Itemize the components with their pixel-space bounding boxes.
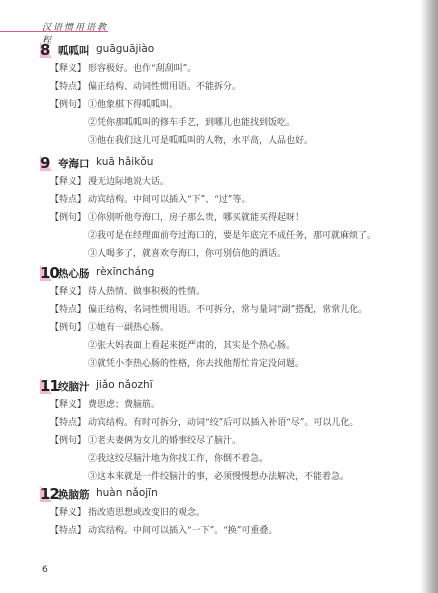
example-label: 【例句】: [50, 209, 86, 227]
entry-number: 9: [40, 154, 49, 172]
example-line: ②凭你那呱呱叫的修车手艺，到哪儿也能找到饭吃。: [0, 114, 400, 132]
entry-12: 12 换脑筋 huàn nǎojīn 【释义】 指改造思想或改变旧的观念。 【特…: [0, 486, 400, 540]
example-line: ③这本来就是一件绞脑汁的事，必须慢慢想办法解决，不能着急。: [0, 468, 400, 486]
definition-text: 待人热情、做事积极的性情。: [88, 283, 205, 301]
example-line: 【例句】 ①你别听他夸海口，房子那么贵，哪买就能买得起呀！: [0, 209, 400, 227]
entry-heading: 8 呱呱叫 guāguājiào: [0, 42, 400, 60]
example-label: 【例句】: [50, 319, 86, 337]
definition-text: 指改造思想或改变旧的观念。: [88, 504, 205, 522]
example-label: 【例句】: [50, 432, 86, 450]
example-text: ③这本来就是一件绞脑汁的事，必须慢慢想办法解决，不能着急。: [88, 468, 349, 486]
feature-line: 【特点】 动宾结构。中间可以插入“下”、“过”等。: [0, 191, 400, 209]
definition-line: 【释义】 漫无边际地说大话。: [0, 173, 400, 191]
example-line: 【例句】 ①老夫妻俩为女儿的婚事绞尽了脑汁。: [0, 432, 400, 450]
feature-line: 【特点】 偏正结构，名词性惯用语。不可拆分，常与量词“副”搭配，常常儿化。: [0, 301, 400, 319]
entry-11: 11 绞脑汁 jiǎo nǎozhī 【释义】 费思虑；费脑筋。 【特点】 动宾…: [0, 378, 400, 486]
definition-label: 【释义】: [50, 173, 86, 191]
page-number: 6: [42, 565, 48, 575]
entry-word: 热心肠: [58, 266, 90, 281]
example-text: ③人喝多了，就喜欢夸海口，你可别信他的酒话。: [88, 245, 286, 263]
definition-line: 【释义】 费思虑；费脑筋。: [0, 396, 400, 414]
feature-label: 【特点】: [50, 191, 86, 209]
entry-word: 呱呱叫: [58, 43, 90, 58]
example-text: ②凭你那呱呱叫的修车手艺，到哪儿也能找到饭吃。: [88, 114, 295, 132]
entry-word: 换脑筋: [58, 487, 90, 502]
example-text: ①你别听他夸海口，房子那么贵，哪买就能买得起呀！: [88, 209, 304, 227]
feature-line: 【特点】 动宾结构。有时可拆分，动词“绞”后可以插入补语“尽”。可以儿化。: [0, 414, 400, 432]
example-text: ①老夫妻俩为女儿的婚事绞尽了脑汁。: [88, 432, 241, 450]
example-text: ①他象棋下得呱呱叫。: [88, 96, 178, 114]
feature-line: 【特点】 动宾结构。中间可以插入“一下”。“换”可重叠。: [0, 522, 400, 540]
entry-pinyin: guāguājiào: [96, 43, 154, 55]
definition-line: 【释义】 指改造思想或改变旧的观念。: [0, 504, 400, 522]
definition-label: 【释义】: [50, 60, 86, 78]
entry-number: 10: [40, 264, 59, 282]
example-text: ②我这绞尽脑汁地为你找工作，你倒不着急。: [88, 450, 268, 468]
example-line: ③他在我们这儿可是呱呱叫的人物，水平高，人品也好。: [0, 132, 400, 150]
entry-word: 夸海口: [58, 156, 90, 171]
example-text: ③他在我们这儿可是呱呱叫的人物，水平高，人品也好。: [88, 132, 313, 150]
example-line: 【例句】 ①她有一副热心肠。: [0, 319, 400, 337]
entry-pinyin: jiǎo nǎozhī: [96, 379, 153, 391]
entry-8: 8 呱呱叫 guāguājiào 【释义】 形容极好。也作“刮刮叫”。 【特点】…: [0, 42, 400, 150]
example-line: 【例句】 ①他象棋下得呱呱叫。: [0, 96, 400, 114]
feature-label: 【特点】: [50, 522, 86, 540]
example-text: ③就凭小李热心肠的性格，你去找他帮忙肯定没问题。: [88, 355, 304, 373]
definition-text: 漫无边际地说大话。: [88, 173, 169, 191]
feature-text: 偏正结构，名词性惯用语。不可拆分，常与量词“副”搭配，常常儿化。: [88, 301, 367, 319]
page-edge-shadow: [420, 0, 438, 593]
example-text: ②张大妈表面上看起来挺严肃的，其实是个热心肠。: [88, 337, 295, 355]
running-header: 汉语惯用语教程: [0, 0, 110, 33]
feature-line: 【特点】 偏正结构、动词性惯用语。不能拆分。: [0, 78, 400, 96]
definition-text: 形容极好。也作“刮刮叫”。: [88, 60, 196, 78]
example-label: 【例句】: [50, 96, 86, 114]
feature-text: 动宾结构。有时可拆分，动词“绞”后可以插入补语“尽”。可以儿化。: [88, 414, 358, 432]
entry-heading: 10 热心肠 rèxīncháng: [0, 265, 400, 283]
feature-text: 偏正结构、动词性惯用语。不能拆分。: [88, 78, 241, 96]
example-line: ②我这绞尽脑汁地为你找工作，你倒不着急。: [0, 450, 400, 468]
example-line: ②我可是在经理面前夸过海口的，要是年底完不成任务，那可就麻烦了。: [0, 227, 400, 245]
feature-label: 【特点】: [50, 414, 86, 432]
example-line: ③人喝多了，就喜欢夸海口，你可别信他的酒话。: [0, 245, 400, 263]
entry-pinyin: huàn nǎojīn: [96, 487, 158, 499]
entry-heading: 12 换脑筋 huàn nǎojīn: [0, 486, 400, 504]
feature-text: 动宾结构。中间可以插入“一下”。“换”可重叠。: [88, 522, 277, 540]
definition-label: 【释义】: [50, 283, 86, 301]
feature-label: 【特点】: [50, 78, 86, 96]
entry-10: 10 热心肠 rèxīncháng 【释义】 待人热情、做事积极的性情。 【特点…: [0, 265, 400, 373]
entry-word: 绞脑汁: [58, 379, 90, 394]
example-text: ②我可是在经理面前夸过海口的，要是年底完不成任务，那可就麻烦了。: [88, 227, 376, 245]
example-line: ②张大妈表面上看起来挺严肃的，其实是个热心肠。: [0, 337, 400, 355]
definition-line: 【释义】 待人热情、做事积极的性情。: [0, 283, 400, 301]
entry-pinyin: kuā hǎikǒu: [96, 156, 153, 168]
feature-label: 【特点】: [50, 301, 86, 319]
entry-heading: 9 夸海口 kuā hǎikǒu: [0, 155, 400, 173]
definition-label: 【释义】: [50, 396, 86, 414]
entry-number: 12: [40, 485, 59, 503]
header-rule: [0, 31, 108, 32]
entry-number: 11: [40, 377, 59, 395]
definition-label: 【释义】: [50, 504, 86, 522]
feature-text: 动宾结构。中间可以插入“下”、“过”等。: [88, 191, 250, 209]
entry-number: 8: [40, 41, 49, 59]
definition-text: 费思虑；费脑筋。: [88, 396, 160, 414]
definition-line: 【释义】 形容极好。也作“刮刮叫”。: [0, 60, 400, 78]
example-line: ③就凭小李热心肠的性格，你去找他帮忙肯定没问题。: [0, 355, 400, 373]
entry-pinyin: rèxīncháng: [96, 266, 154, 278]
entry-9: 9 夸海口 kuā hǎikǒu 【释义】 漫无边际地说大话。 【特点】 动宾结…: [0, 155, 400, 263]
entry-heading: 11 绞脑汁 jiǎo nǎozhī: [0, 378, 400, 396]
example-text: ①她有一副热心肠。: [88, 319, 169, 337]
